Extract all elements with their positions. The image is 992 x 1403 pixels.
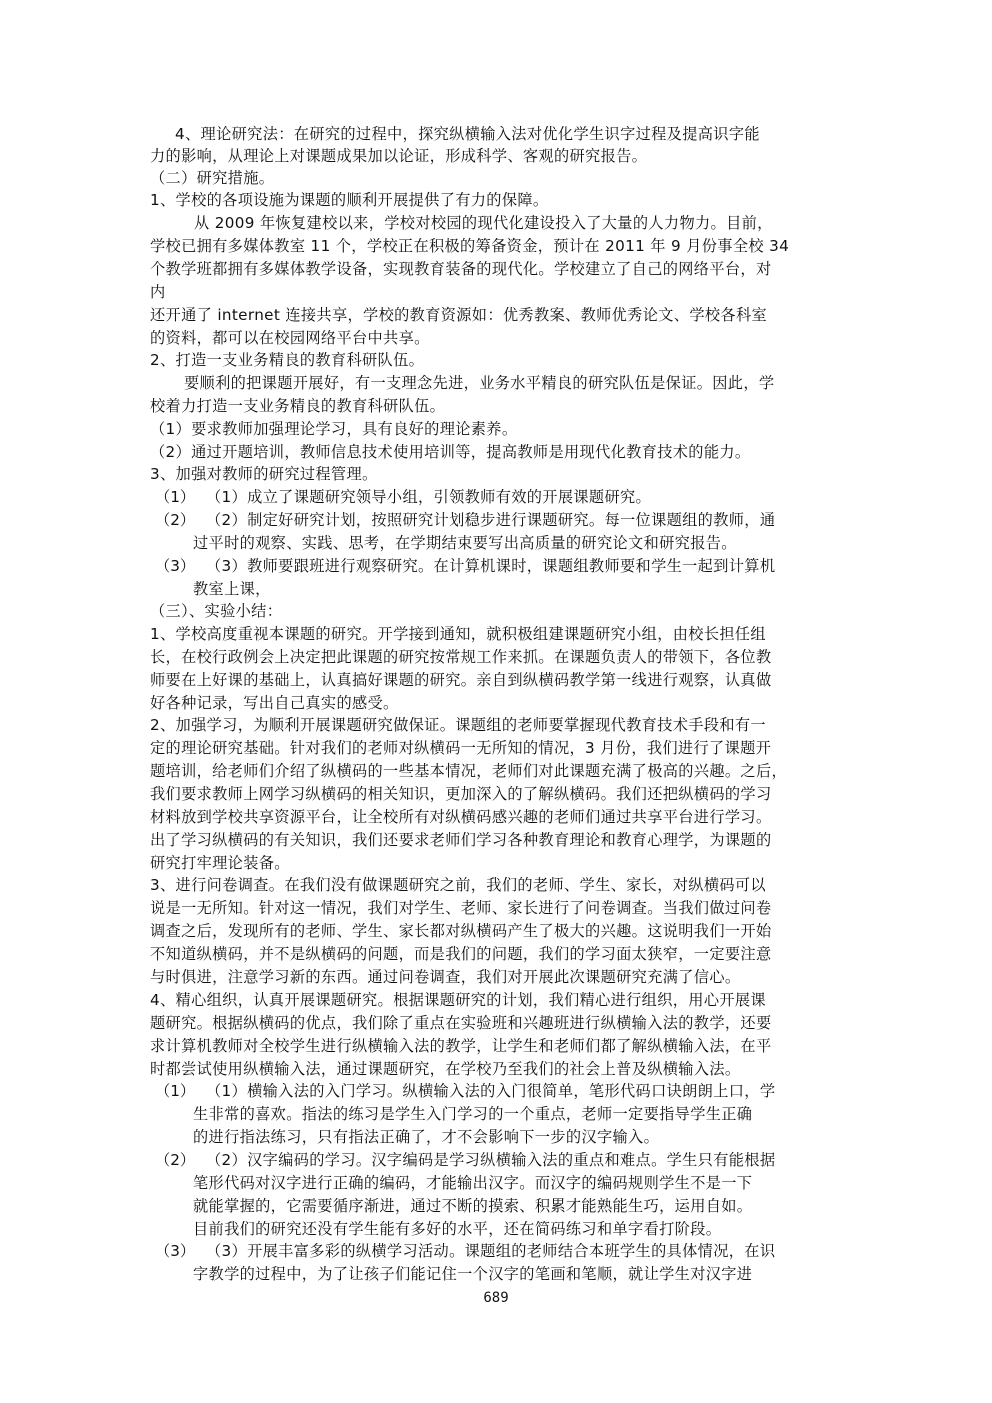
list-marker: （3）: [155, 555, 195, 577]
text-line: （3）教师要跟班进行观察研究。在计算机课时，课题组教师要和学生一起到计算机: [206, 555, 906, 577]
text-line: （2）制定好研究计划，按照研究计划稳步进行课题研究。每一位课题组的教师，通: [206, 509, 906, 531]
text-line: 校着力打造一支业务精良的教育科研队伍。: [150, 395, 850, 417]
text-line: 定的理论研究基础。针对我们的老师对纵横码一无所知的情况，3 月份，我们进行了课题…: [150, 737, 850, 759]
list-marker: （2）: [155, 1149, 195, 1171]
text-line: 材料放到学校共享资源平台，让全校所有对纵横码感兴趣的老师们通过共享平台进行学习。: [150, 806, 850, 828]
text-line: 说是一无所知。针对这一情况，我们对学生、老师、家长进行了问卷调查。当我们做过问卷: [150, 897, 850, 919]
text-line: 3、加强对教师的研究过程管理。: [150, 463, 850, 485]
text-line: 师要在上好课的基础上，认真搞好课题的研究。亲自到纵横码教学第一线进行观察，认真做: [150, 669, 850, 691]
text-line: 我们要求教师上网学习纵横码的相关知识，更加深入的了解纵横码。我们还把纵横码的学习: [150, 783, 850, 805]
text-line: 题培训，给老师们介绍了纵横码的一些基本情况，老师们对此课题充满了极高的兴趣。之后…: [150, 760, 850, 782]
text-line: 从 2009 年恢复建校以来，学校对校园的现代化建设投入了大量的人力物力。目前，: [194, 212, 894, 234]
text-line: 与时俱进，注意学习新的东西。通过问卷调查，我们对开展此次课题研究充满了信心。: [150, 966, 850, 988]
text-line: 4、理论研究法：在研究的过程中，探究纵横输入法对优化学生识字过程及提高识字能: [175, 123, 875, 145]
text-line: 过平时的观察、实践、思考，在学期结束要写出高质量的研究论文和研究报告。: [193, 532, 893, 554]
text-line: 1、学校高度重视本课题的研究。开学接到通知，就积极组建课题研究小组，由校长担任组: [150, 623, 850, 645]
text-line: 目前我们的研究还没有学生能有多好的水平，还在简码练习和单字看打阶段。: [193, 1218, 893, 1240]
text-line: 生非常的喜欢。指法的练习是学生入门学习的一个重点，老师一定要指导学生正确: [193, 1103, 893, 1125]
text-line: 教室上课，: [193, 578, 893, 600]
list-marker: （2）: [155, 509, 195, 531]
text-line: （2）汉字编码的学习。汉字编码是学习纵横输入法的重点和难点。学生只有能根据: [206, 1149, 906, 1171]
text-line: 的进行指法练习，只有指法正确了，才不会影响下一步的汉字输入。: [193, 1126, 893, 1148]
text-line: 还开通了 internet 连接共享，学校的教育资源如：优秀教案、教师优秀论文、…: [150, 304, 850, 326]
text-line: 的资料，都可以在校园网络平台中共享。: [150, 327, 850, 349]
text-line: 笔形代码对汉字进行正确的编码，才能输出汉字。而汉字的编码规则学生不是一下: [193, 1172, 893, 1194]
text-line: 题研究。根据纵横码的优点，我们除了重点在实验班和兴趣班进行纵横输入法的教学，还要: [150, 1012, 850, 1034]
text-line: 好各种记录，写出自己真实的感受。: [150, 692, 850, 714]
list-marker: （1）: [155, 1080, 195, 1102]
text-line: 要顺利的把课题开展好，有一支理念先进，业务水平精良的研究队伍是保证。因此，学: [184, 372, 884, 394]
text-line: 1、学校的各项设施为课题的顺利开展提供了有力的保障。: [150, 189, 850, 211]
text-line: 出了学习纵横码的有关知识，我们还要求老师们学习各种教育理论和教育心理学，为课题的: [150, 829, 850, 851]
text-line: 长，在校行政例会上决定把此课题的研究按常规工作来抓。在课题负责人的带领下，各位教: [150, 646, 850, 668]
document-page: 4、理论研究法：在研究的过程中，探究纵横输入法对优化学生识字过程及提高识字能力的…: [0, 0, 992, 1403]
text-line: 2、打造一支业务精良的教育科研队伍。: [150, 349, 850, 371]
text-line: 字教学的过程中，为了让孩子们能记住一个汉字的笔画和笔顺，就让学生对汉字进: [193, 1263, 893, 1285]
text-line: 研究打牢理论装备。: [150, 852, 850, 874]
text-line: （二）研究措施。: [150, 167, 850, 189]
text-line: （2）通过开题培训，教师信息技术使用培训等，提高教师是用现代化教育技术的能力。: [150, 441, 850, 463]
text-line: 就能掌握的，它需要循序渐进，通过不断的摸索、积累才能熟能生巧，运用自如。: [193, 1195, 893, 1217]
text-line: 2、加强学习，为顺利开展课题研究做保证。课题组的老师要掌握现代教育技术手段和有一: [150, 714, 850, 736]
text-line: 时都尝试使用纵横输入法，通过课题研究，在学校乃至我们的社会上普及纵横输入法。: [150, 1058, 850, 1080]
text-line: 力的影响，从理论上对课题成果加以论证，形成科学、客观的研究报告。: [150, 145, 850, 167]
list-marker: （3）: [155, 1240, 195, 1262]
text-line: 学校已拥有多媒体教室 11 个，学校正在积极的筹备资金，预计在 2011 年 9…: [150, 235, 850, 257]
text-line: （1）要求教师加强理论学习，具有良好的理论素养。: [150, 418, 850, 440]
page-number: 689: [0, 1290, 992, 1306]
text-line: 个教学班都拥有多媒体教学设备，实现教育装备的现代化。学校建立了自己的网络平台，对: [150, 258, 850, 280]
text-line: （1）成立了课题研究领导小组，引领教师有效的开展课题研究。: [206, 486, 906, 508]
text-line: （1）横输入法的入门学习。纵横输入法的入门很简单，笔形代码口诀朗朗上口，学: [206, 1080, 906, 1102]
text-line: （3）开展丰富多彩的纵横学习活动。课题组的老师结合本班学生的具体情况，在识: [206, 1240, 906, 1262]
text-line: 内: [150, 281, 850, 303]
text-line: 调查之后，发现所有的老师、学生、家长都对纵横码产生了极大的兴趣。这说明我们一开始: [150, 920, 850, 942]
text-line: 不知道纵横码，并不是纵横码的问题，而是我们的问题，我们的学习面太狭窄，一定要注意: [150, 943, 850, 965]
text-line: （三）、实验小结：: [150, 600, 850, 622]
text-line: 4、精心组织，认真开展课题研究。根据课题研究的计划，我们精心进行组织，用心开展课: [150, 989, 850, 1011]
text-line: 3、进行问卷调查。在我们没有做课题研究之前，我们的老师、学生、家长，对纵横码可以: [150, 874, 850, 896]
list-marker: （1）: [155, 486, 195, 508]
text-line: 求计算机教师对全校学生进行纵横输入法的教学，让学生和老师们都了解纵横输入法，在平: [150, 1035, 850, 1057]
